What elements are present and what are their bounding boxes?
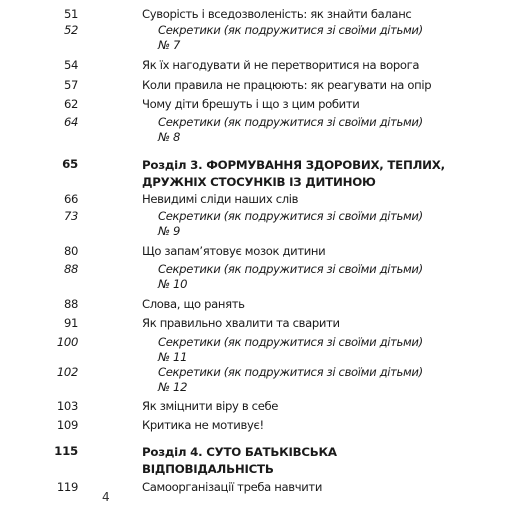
toc-page-number: 64 [64, 114, 78, 130]
section-title: Розділ 4. СУТО БАТЬКІВСЬКА [142, 443, 462, 461]
toc-entry-title: Суворість і вседозволеність: як знайти б… [142, 6, 462, 22]
toc-entry-title: Секретики (як подружитися зі своїми діть… [158, 261, 478, 277]
toc-page-number: 103 [57, 398, 78, 414]
toc-page-number: 54 [64, 57, 78, 73]
toc-entry-title: Чому діти брешуть і що з цим робити [142, 96, 462, 112]
toc-entry-title: Як їх нагодувати й не перетворитися на в… [142, 57, 462, 73]
page-number: 4 [102, 490, 110, 504]
toc-page-number: 102 [57, 364, 78, 380]
toc-page-number: 109 [57, 417, 78, 433]
toc-page-number: 80 [64, 243, 78, 259]
toc-entry-title: Коли правила не працюють: як реагувати н… [142, 77, 462, 93]
toc-entry-title: Секретики (як подружитися зі своїми діть… [158, 114, 478, 130]
toc-page-number: 88 [64, 296, 78, 312]
toc-entry-title: Що запам’ятовує мозок дитини [142, 243, 462, 259]
toc-page-number: 65 [62, 156, 78, 172]
toc-page-number: 57 [64, 77, 78, 93]
toc-entry-title: Секретики (як подружитися зі своїми діть… [158, 208, 478, 224]
toc-entry-title: Секретики (як подружитися зі своїми діть… [158, 334, 478, 350]
toc-entry-title: Як зміцнити віру в себе [142, 398, 462, 414]
toc-page-number: 91 [64, 315, 78, 331]
toc-entry-title-continued: № 7 [158, 37, 478, 53]
toc-page-number: 115 [54, 443, 78, 459]
section-title-continued: ДРУЖНІХ СТОСУНКІВ ІЗ ДИТИНОЮ [142, 173, 462, 191]
section-title-continued: ВІДПОВІДАЛЬНІСТЬ [142, 460, 462, 478]
toc-page-number: 73 [64, 208, 78, 224]
toc-entry-title: Критика не мотивує! [142, 417, 462, 433]
toc-entry-title: Слова, що ранять [142, 296, 462, 312]
toc-entry-title-continued: № 12 [158, 379, 478, 395]
toc-entry-title: Невидимі сліди наших слів [142, 191, 462, 207]
toc-page-number: 51 [64, 6, 78, 22]
toc-entry-title-continued: № 11 [158, 349, 478, 365]
toc-entry-title: Секретики (як подружитися зі своїми діть… [158, 364, 478, 380]
toc-entry-title: Як правильно хвалити та сварити [142, 315, 462, 331]
toc-page-number: 119 [57, 479, 78, 495]
toc-page-number: 62 [64, 96, 78, 112]
toc-page-number: 66 [64, 191, 78, 207]
toc-entry-title: Самоорганізації треба навчити [142, 479, 462, 495]
toc-page-number: 100 [57, 334, 78, 350]
toc-page-number: 88 [64, 261, 78, 277]
section-title: Розділ 3. ФОРМУВАННЯ ЗДОРОВИХ, ТЕПЛИХ, [142, 156, 462, 174]
toc-entry-title: Секретики (як подружитися зі своїми діть… [158, 22, 478, 38]
toc-entry-title-continued: № 8 [158, 129, 478, 145]
toc-page-number: 52 [64, 22, 78, 38]
toc-entry-title-continued: № 10 [158, 276, 478, 292]
toc-entry-title-continued: № 9 [158, 223, 478, 239]
